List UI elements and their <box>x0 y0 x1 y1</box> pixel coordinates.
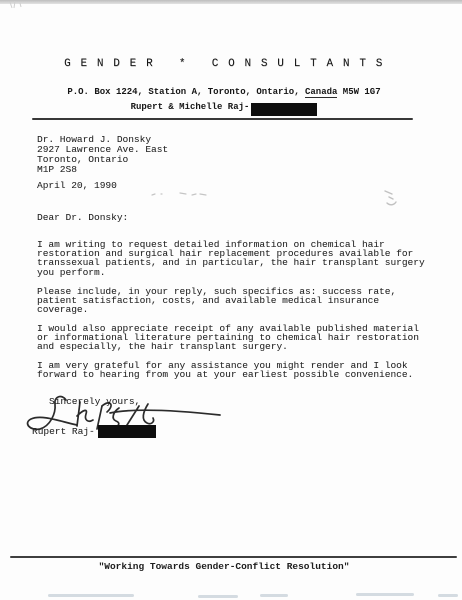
letterhead-contacts-line: Rupert & Michelle Raj- <box>0 101 448 116</box>
signer-line: Rupert Raj- <box>32 425 156 438</box>
margin-scribble-artifact <box>380 187 404 211</box>
scanned-letter-page: G E N D E R * C O N S U L T A N T S P.O.… <box>0 0 462 600</box>
scan-smudge-artifact <box>438 594 458 597</box>
scan-corner-noise <box>6 0 46 10</box>
redaction-bar-signature <box>98 425 156 438</box>
scan-smudge-artifact <box>356 593 414 596</box>
letterhead-address-suffix: M5W 1G7 <box>337 87 380 97</box>
redaction-bar-contacts <box>251 103 317 116</box>
footer-slogan: "Working Towards Gender-Conflict Resolut… <box>0 561 448 572</box>
body-paragraph-4: I am very grateful for any assistance yo… <box>37 361 413 379</box>
scan-smudge-artifact <box>198 595 238 598</box>
pencil-marks-artifact <box>148 187 223 201</box>
signer-name: Rupert Raj- <box>32 425 95 438</box>
letterhead-address-line: P.O. Box 1224, Station A, Toronto, Ontar… <box>0 88 448 97</box>
scan-smudge-artifact <box>48 594 134 597</box>
letterhead-address-underlined: Canada <box>305 87 337 98</box>
salutation-line: Dear Dr. Donsky: <box>37 213 128 223</box>
body-paragraph-3: I would also appreciate receipt of any a… <box>37 324 419 352</box>
body-paragraph-1: I am writing to request detailed informa… <box>37 240 425 277</box>
date-line: April 20, 1990 <box>37 181 117 191</box>
letterhead-title: G E N D E R * C O N S U L T A N T S <box>0 58 448 70</box>
footer-divider-rule <box>10 556 457 558</box>
letterhead-contacts-names: Rupert & Michelle Raj- <box>131 101 250 114</box>
scan-smudge-artifact <box>260 594 288 597</box>
scan-top-edge-artifact <box>0 0 462 4</box>
body-paragraph-2: Please include, in your reply, such spec… <box>37 287 396 315</box>
letterhead-address-prefix: P.O. Box 1224, Station A, Toronto, Ontar… <box>67 87 305 97</box>
letterhead-divider-rule <box>32 118 413 120</box>
recipient-address-block: Dr. Howard J. Donsky 2927 Lawrence Ave. … <box>37 135 168 175</box>
